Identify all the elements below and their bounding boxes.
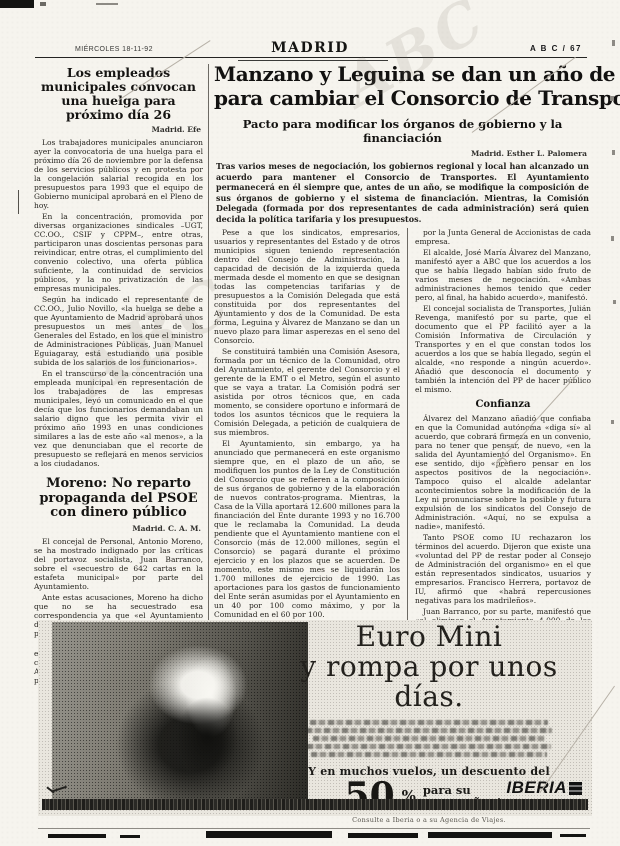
- page-number: A B C / 67: [530, 44, 582, 53]
- left-column: Los empleados municipales convocan una h…: [34, 66, 203, 687]
- scan-artifact: [560, 834, 586, 837]
- byline: Madrid. Esther L. Palomera: [214, 149, 587, 158]
- scan-artifact: [18, 190, 19, 214]
- scan-artifact: [610, 96, 614, 101]
- main-headline-line-1: Manzano y Leguina se dan un año de plazo: [214, 62, 591, 86]
- body-paragraph: Según ha indicado el representante de CC…: [34, 295, 203, 367]
- main-column-left: Pese a que los sindicatos, empresarios, …: [214, 228, 407, 654]
- scan-artifact: [120, 835, 140, 838]
- main-headline-line-2: para cambiar el Consorcio de Transportes: [214, 86, 591, 110]
- body-paragraph: Pese a que los sindicatos, empresarios, …: [214, 228, 400, 345]
- iberia-logo-mark-icon: [569, 782, 582, 795]
- scan-artifact: [613, 300, 616, 304]
- pen-mark-artifact: [46, 784, 70, 796]
- illegible-text-line: [313, 736, 545, 741]
- photo-figure: [177, 698, 237, 776]
- illegible-text-line: [306, 728, 552, 733]
- byline: Madrid. Efe: [34, 125, 201, 134]
- section-title: MADRID: [0, 40, 620, 56]
- scan-artifact: [206, 831, 332, 838]
- masthead-rule: [35, 57, 587, 58]
- article-headline: Moreno: No reparto propaganda del PSOE c…: [34, 477, 203, 521]
- main-article: Manzano y Leguina se dan un año de plazo…: [214, 62, 591, 654]
- ad-headline-line-1: Euro Mini: [270, 622, 588, 652]
- iberia-logo: IBERIA: [506, 778, 582, 798]
- body-paragraph: Los trabajadores municipales anunciaron …: [34, 138, 203, 210]
- body-paragraph: Tanto PSOE como IU rechazaron los términ…: [415, 533, 591, 605]
- ad-headline-line-2: y rompa por unos días.: [270, 652, 588, 712]
- iberia-ad: Euro Mini y rompa por unos días. Y en mu…: [38, 620, 592, 816]
- scan-artifact: [611, 420, 614, 424]
- body-paragraph: El concejal socialista de Transportes, J…: [415, 304, 591, 394]
- body-paragraph: Álvarez del Manzano añadió que confiaba …: [415, 414, 591, 531]
- body-paragraph: El alcalde, José María Álvarez del Manza…: [415, 248, 591, 302]
- scan-artifact: [611, 236, 614, 241]
- crosshead: Confianza: [415, 399, 591, 410]
- ad-bottom-bar: [42, 799, 588, 810]
- article-headline: Los empleados municipales convocan una h…: [34, 66, 203, 122]
- scan-artifact: [612, 40, 615, 46]
- main-article-columns: Pese a que los sindicatos, empresarios, …: [214, 228, 591, 654]
- body-paragraph: En la concentración, promovida por diver…: [34, 212, 203, 293]
- body-paragraph: El concejal de Personal, Antonio Moreno,…: [34, 537, 203, 591]
- scan-artifact: [612, 150, 615, 155]
- byline: Madrid. C. A. M.: [34, 524, 201, 533]
- body-paragraph: Se constituirá también una Comisión Ases…: [214, 347, 400, 437]
- body-paragraph: El Ayuntamiento, sin embargo, ya ha anun…: [214, 439, 400, 619]
- scan-artifact: [0, 0, 34, 8]
- scan-artifact: [348, 833, 418, 838]
- scan-artifact: [48, 834, 106, 838]
- illegible-text-line: [311, 752, 547, 757]
- scan-artifact: [40, 2, 46, 6]
- scan-artifact: [96, 3, 118, 5]
- column-divider: [208, 64, 209, 650]
- illegible-text-line: [307, 744, 551, 749]
- ad-promo-line: Y en muchos vuelos, un descuento del: [270, 765, 588, 778]
- subheadline: Pacto para modificar los órganos de gobi…: [214, 117, 591, 145]
- scan-artifact: [38, 828, 590, 829]
- body-paragraph: por la Junta General de Accionistas de c…: [415, 228, 591, 246]
- ad-fine-print: Consulte a Iberia o a su Agencia de Viaj…: [270, 816, 588, 824]
- illegible-text-line: [310, 720, 548, 725]
- scan-artifact: [428, 832, 552, 838]
- main-column-right: por la Junta General de Accionistas de c…: [407, 228, 591, 654]
- masthead-subrule: [238, 60, 388, 61]
- newspaper-page: MIÉRCOLES 18-11-92 MADRID A B C / 67 Los…: [0, 0, 620, 846]
- body-paragraph: En el transcurso de la concentración una…: [34, 369, 203, 468]
- iberia-wordmark: IBERIA: [506, 778, 567, 798]
- lead-paragraph: Tras varios meses de negociación, los go…: [216, 161, 589, 224]
